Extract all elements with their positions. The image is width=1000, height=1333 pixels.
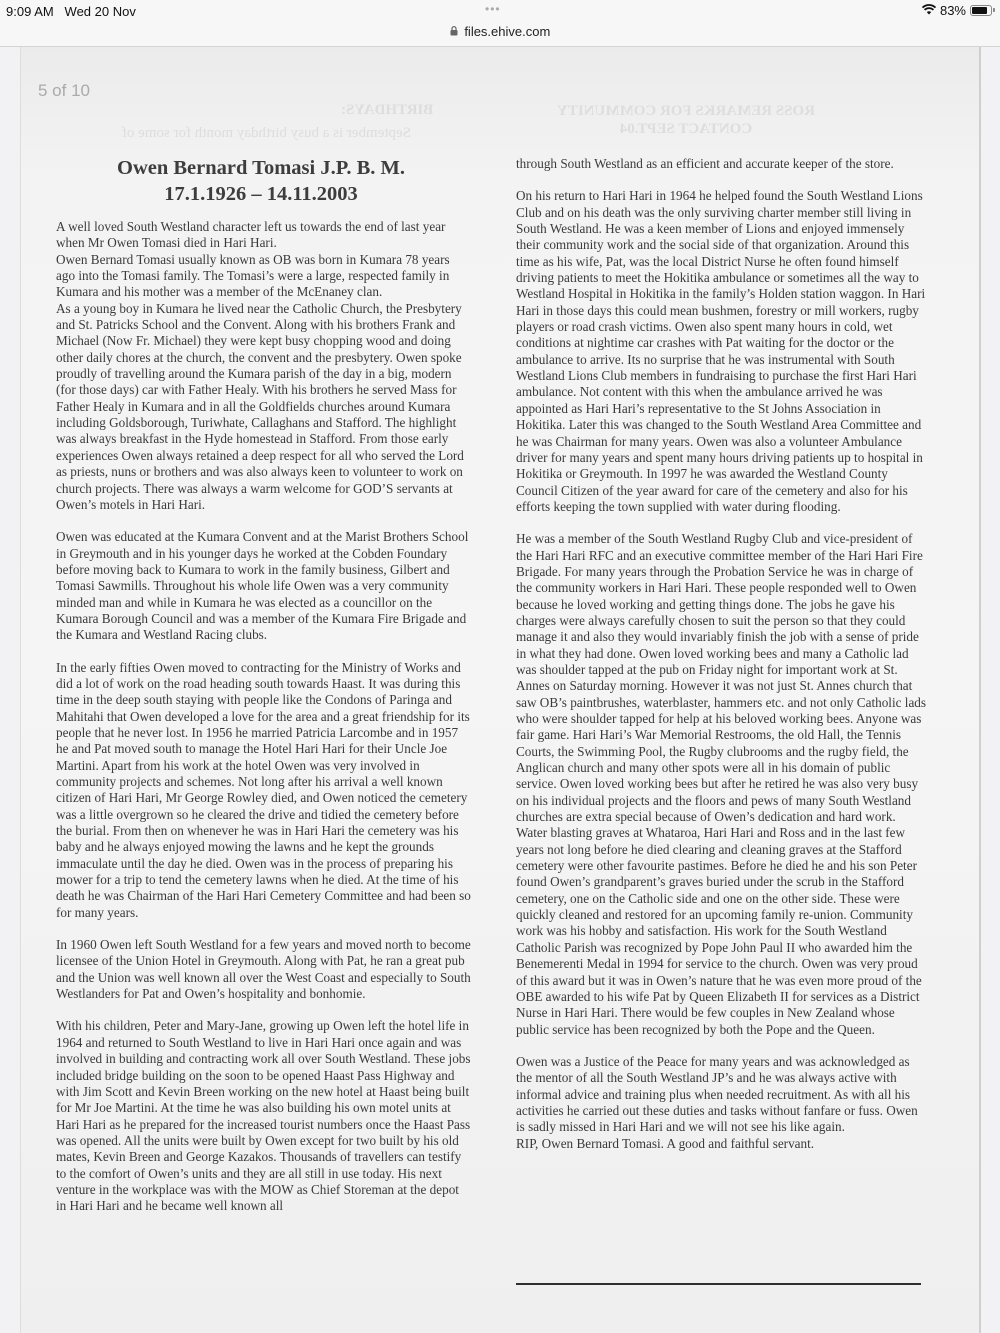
article-title-dates: 17.1.1926 – 14.11.2003	[76, 181, 446, 207]
paragraph-fifties: In the early fifties Owen moved to contr…	[56, 660, 471, 922]
address-bar[interactable]: files.ehive.com	[0, 24, 1000, 47]
left-column: A well loved South Westland character le…	[56, 219, 471, 1215]
clock-date: Wed 20 Nov	[65, 4, 136, 19]
article-title-name: Owen Bernard Tomasi J.P. B. M.	[76, 155, 446, 181]
status-indicators: 83%	[922, 3, 992, 18]
right-column: through South Westland as an efficient a…	[516, 156, 928, 1152]
bleedthrough-birthdays-heading: BIRTHDAYS:	[341, 102, 433, 119]
paragraph-return-1964: With his children, Peter and Mary-Jane, …	[56, 1018, 471, 1214]
paragraph-rip: RIP, Owen Bernard Tomasi. A good and fai…	[516, 1136, 928, 1152]
paragraph-justice-of-peace: Owen was a Justice of the Peace for many…	[516, 1054, 928, 1136]
paragraph-union-hotel: In 1960 Owen left South Westland for a f…	[56, 937, 471, 1002]
wifi-icon	[922, 4, 936, 18]
ios-status-bar: 9:09 AM Wed 20 Nov ••• 83%	[0, 0, 1000, 24]
paragraph-rugby-community: He was a member of the South Westland Ru…	[516, 531, 928, 1038]
bleedthrough-birthdays-line: September is a busy birthday month for s…	[111, 125, 411, 142]
clock-time: 9:09 AM	[6, 4, 54, 19]
paragraph-storekeeper: through South Westland as an efficient a…	[516, 156, 928, 172]
paragraph-early-life: A well loved South Westland character le…	[56, 219, 471, 513]
bleedthrough-ross-remarks-heading: ROSS REMARKS FOR COMMUNITY CONTACT SEPT.…	[551, 102, 821, 138]
status-time: 9:09 AM Wed 20 Nov	[6, 4, 136, 19]
closing-divider	[516, 1283, 921, 1285]
article-title: Owen Bernard Tomasi J.P. B. M. 17.1.1926…	[76, 155, 446, 207]
paragraph-lions-club: On his return to Hari Hari in 1964 he he…	[516, 188, 928, 515]
lock-icon	[450, 26, 458, 39]
battery-percent: 83%	[940, 3, 966, 18]
page-counter: 5 of 10	[38, 81, 90, 101]
url-text[interactable]: files.ehive.com	[464, 24, 550, 39]
multitasking-dots-icon[interactable]: •••	[485, 2, 501, 16]
battery-icon	[970, 5, 992, 16]
paragraph-education: Owen was educated at the Kumara Convent …	[56, 529, 471, 643]
document-page[interactable]: 5 of 10 BIRTHDAYS: ROSS REMARKS FOR COMM…	[20, 47, 981, 1333]
